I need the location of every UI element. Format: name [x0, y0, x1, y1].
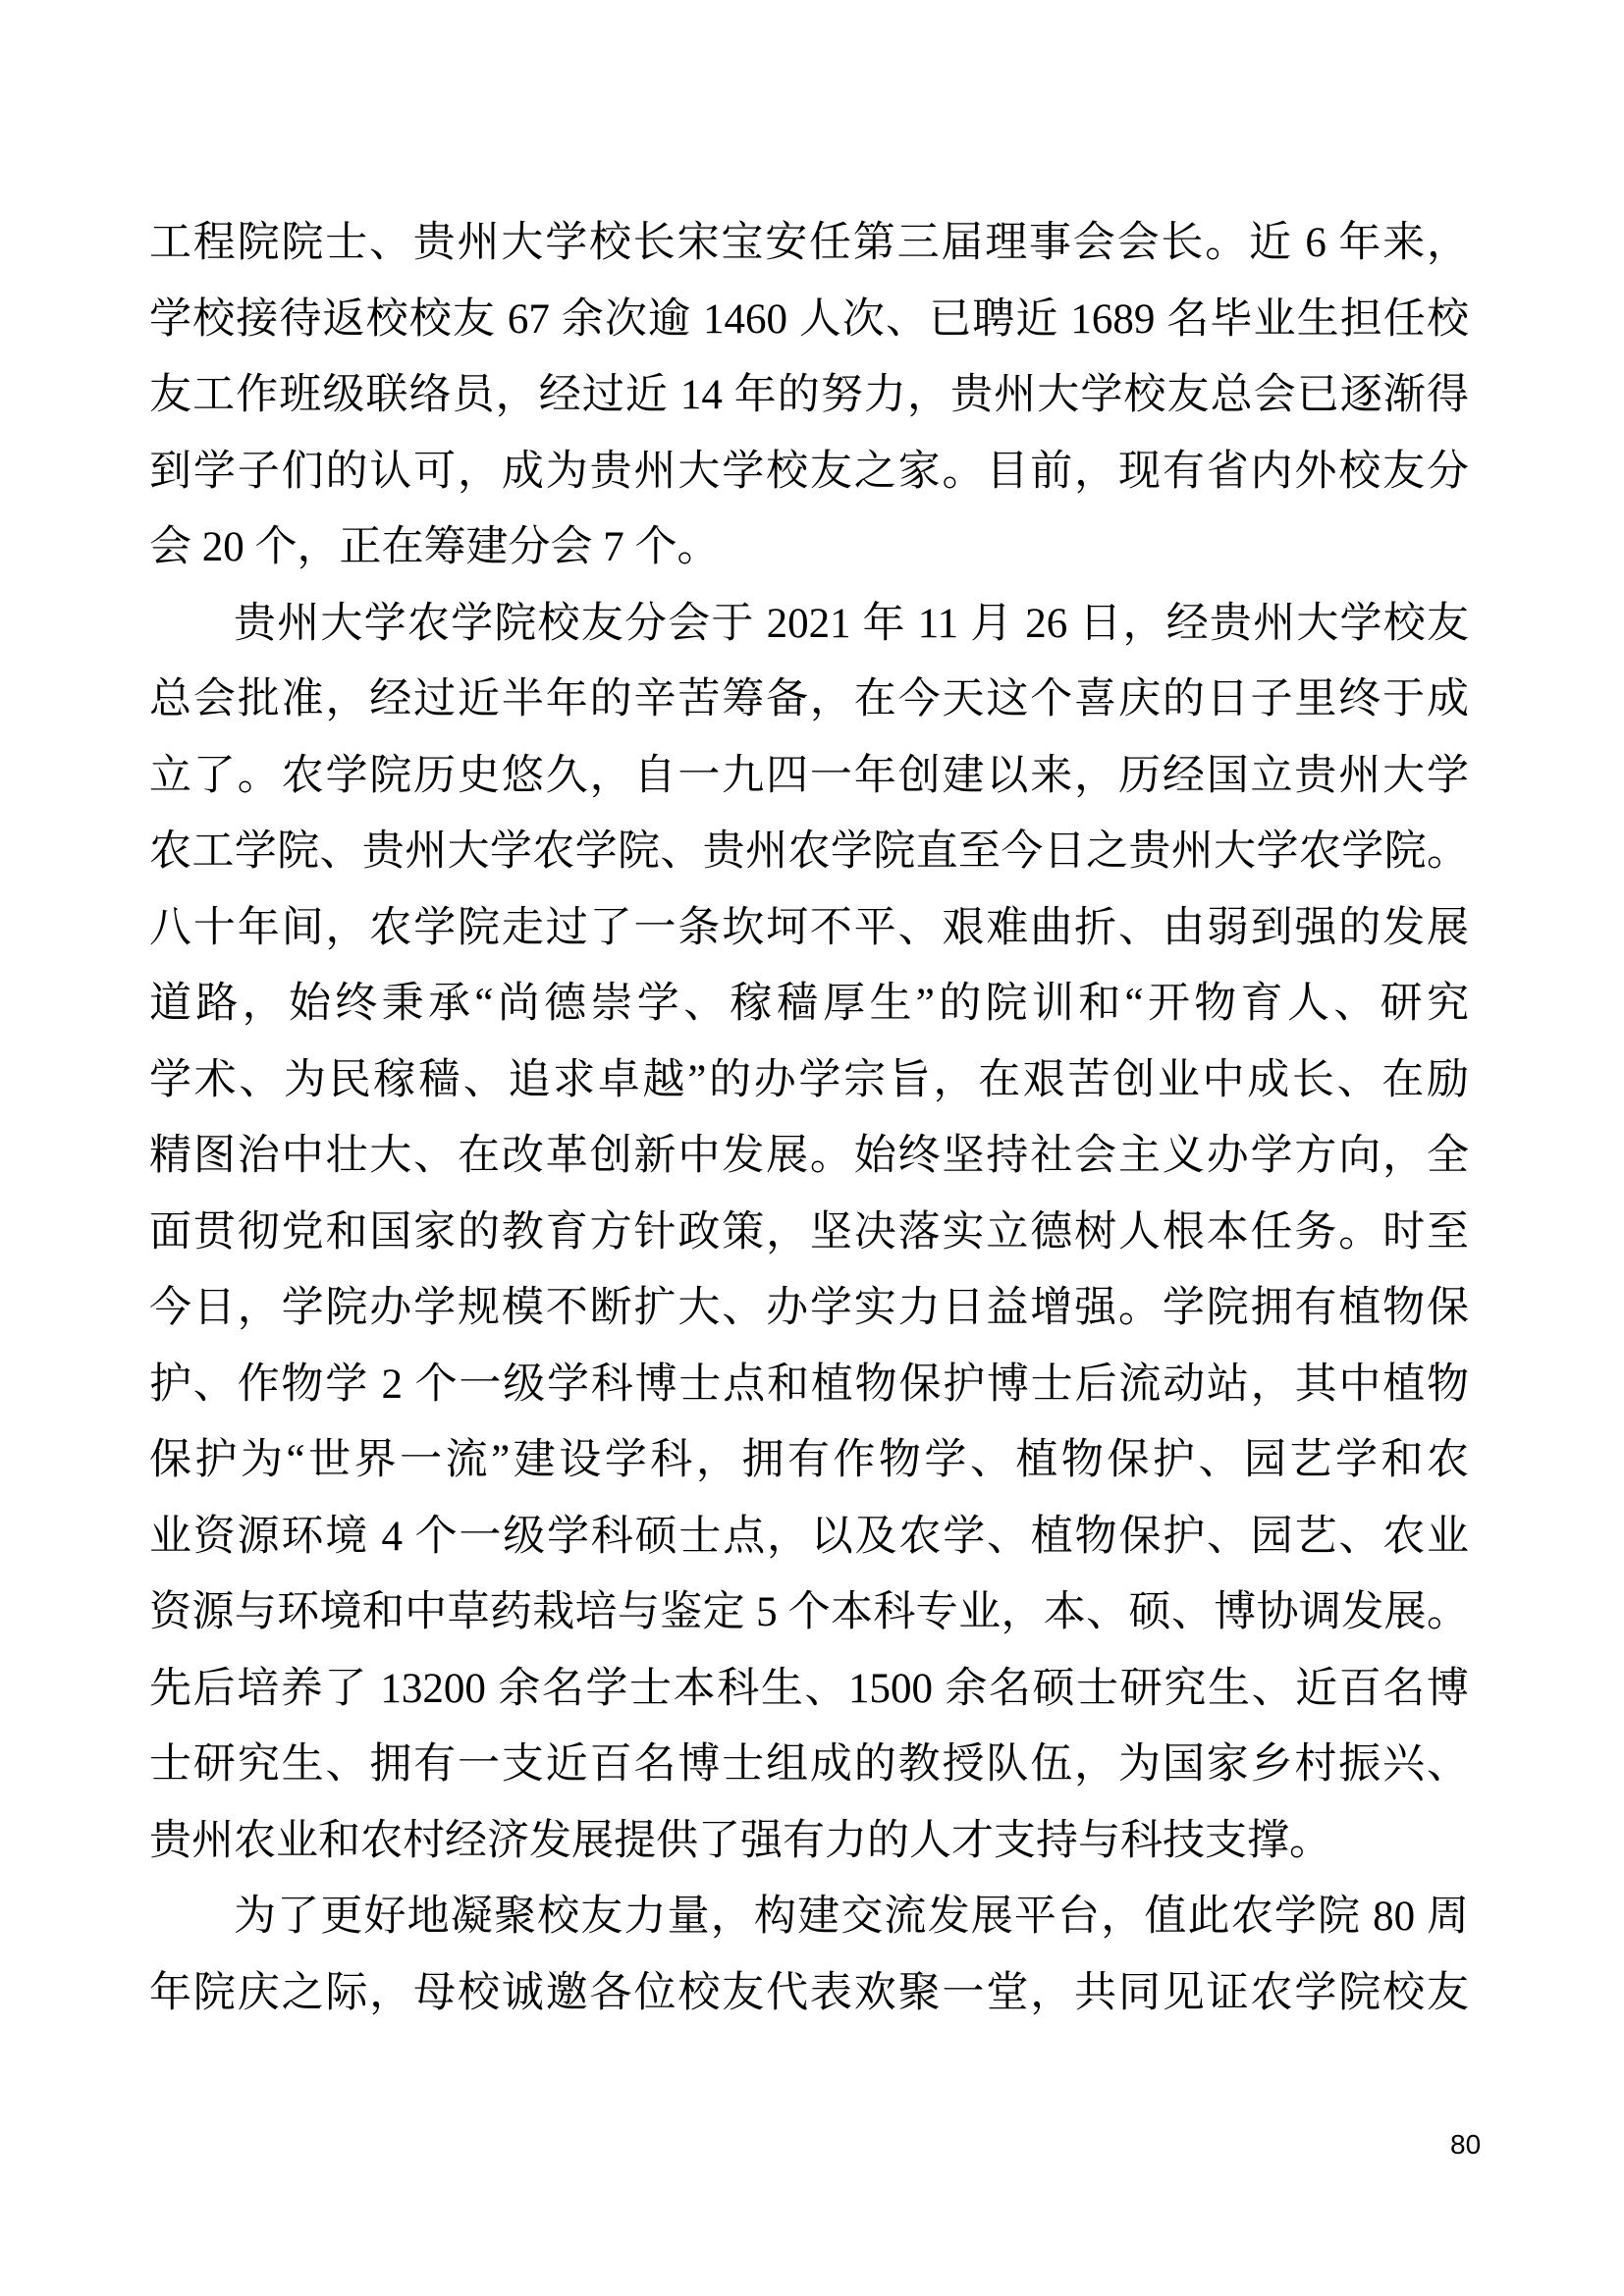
text-line: 友工作班级联络员，经过近 14 年的努力，贵州大学校友总会已逐渐得 — [149, 357, 1469, 434]
text-line: 业资源环境 4 个一级学科硕士点，以及农学、植物保护、园艺、农业 — [149, 1499, 1469, 1575]
text-line: 先后培养了 13200 余名学士本科生、1500 余名硕士研究生、近百名博 — [149, 1651, 1469, 1728]
text-line: 贵州农业和农村经济发展提供了强有力的人才支持与科技支撑。 — [149, 1803, 1469, 1880]
text-line: 精图治中壮大、在改革创新中发展。始终坚持社会主义办学方向，全 — [149, 1118, 1469, 1195]
text-line: 护、作物学 2 个一级学科博士点和植物保护博士后流动站，其中植物 — [149, 1347, 1469, 1423]
text-line: 到学子们的认可，成为贵州大学校友之家。目前，现有省内外校友分 — [149, 434, 1469, 510]
text-line: 保护为“世界一流”建设学科，拥有作物学、植物保护、园艺学和农 — [149, 1422, 1469, 1499]
document-page: 工程院院士、贵州大学校长宋宝安任第三届理事会会长。近 6 年来， 学校接待返校校… — [0, 0, 1624, 2296]
text-line: 年院庆之际，母校诚邀各位校友代表欢聚一堂，共同见证农学院校友 — [149, 1955, 1469, 2032]
text-line: 立了。农学院历史悠久，自一九四一年创建以来，历经国立贵州大学 — [149, 738, 1469, 815]
text-line: 道路，始终秉承“尚德崇学、稼穑厚生”的院训和“开物育人、研究 — [149, 966, 1469, 1042]
text-line: 面贯彻党和国家的教育方针政策，坚决落实立德树人根本任务。时至 — [149, 1195, 1469, 1271]
text-line: 总会批准，经过近半年的辛苦筹备，在今天这个喜庆的日子里终于成 — [149, 662, 1469, 738]
text-line: 农工学院、贵州大学农学院、贵州农学院直至今日之贵州大学农学院。 — [149, 814, 1469, 890]
text-line: 学术、为民稼穑、追求卓越”的办学宗旨，在艰苦创业中成长、在励 — [149, 1042, 1469, 1119]
text-line: 工程院院士、贵州大学校长宋宝安任第三届理事会会长。近 6 年来， — [149, 205, 1469, 282]
text-line: 为了更好地凝聚校友力量，构建交流发展平台，值此农学院 80 周 — [149, 1879, 1469, 1955]
body-text: 工程院院士、贵州大学校长宋宝安任第三届理事会会长。近 6 年来， 学校接待返校校… — [149, 205, 1469, 2031]
text-line: 士研究生、拥有一支近百名博士组成的教授队伍，为国家乡村振兴、 — [149, 1727, 1469, 1803]
text-line: 八十年间，农学院走过了一条坎坷不平、艰难曲折、由弱到强的发展 — [149, 890, 1469, 967]
text-line: 会 20 个，正在筹建分会 7 个。 — [149, 509, 1469, 586]
text-line: 学校接待返校校友 67 余次逾 1460 人次、已聘近 1689 名毕业生担任校 — [149, 282, 1469, 358]
text-line: 贵州大学农学院校友分会于 2021 年 11 月 26 日，经贵州大学校友 — [149, 586, 1469, 663]
text-line: 今日，学院办学规模不断扩大、办学实力日益增强。学院拥有植物保 — [149, 1270, 1469, 1347]
page-number: 80 — [1450, 2128, 1481, 2162]
text-line: 资源与环境和中草药栽培与鉴定 5 个本科专业，本、硕、博协调发展。 — [149, 1575, 1469, 1651]
